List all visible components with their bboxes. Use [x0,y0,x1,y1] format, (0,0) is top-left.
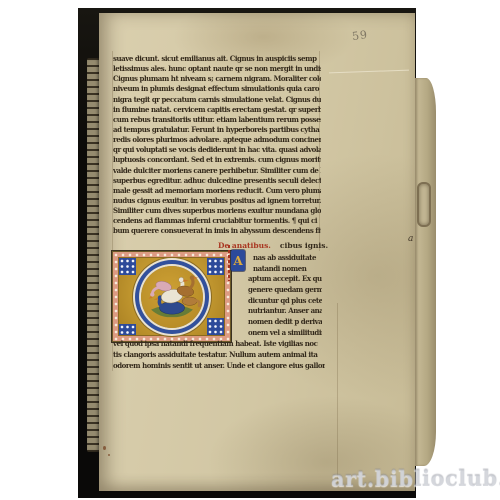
main-text-block: suave dicunt. sicut emilianus ait. Cignu… [113,54,321,238]
penwork-flourish [228,245,230,281]
folio-number: 59 [351,28,369,43]
column-text-block: nas ab assiduitate natandi nomen aptum a… [248,253,322,339]
rubric-line: De anatibus.cibus ignis. [218,241,328,250]
text-line: aptum accepit. Ex quo [248,274,322,285]
text-line: bum querere consueverat in imis in abyss… [113,226,321,236]
manuscript-photo-scan: 59 suave dicunt. sicut emilianus ait. Ci… [0,0,500,500]
corner-ornament [207,318,224,335]
text-line: valde dulciter moriens canere perhibetur… [113,166,321,176]
miniature-gold-field [118,257,225,336]
text-line: letissimus ales. hunc optant naute qr se… [113,64,321,74]
bottom-text-block: vel quod ipsa natandi frequentiam habeat… [113,339,325,371]
corner-ornament [119,324,136,335]
text-line: ad tempus gratulatur. Ferunt in hyperbor… [113,125,321,135]
quire-mark: a [408,234,413,244]
text-line: cendens ad flammas inferni cruciabitur t… [113,216,321,226]
site-watermark: art.biblioclub.ru [331,466,500,491]
text-line: tis clangoris assiduitate testatur. Null… [113,350,325,361]
text-line: natandi nomen [248,264,322,275]
photo-backdrop: 59 suave dicunt. sicut emilianus ait. Ci… [78,8,416,498]
text-line: Similiter cum dives superbus moriens exu… [113,206,321,216]
bookmark-tab [417,182,431,227]
text-line: Cignus plumam ht niveam s; carnem nigram… [113,74,321,84]
text-line: superbus egreditur. adhuc dulcedine pres… [113,176,321,186]
text-line: nomen dedit p derivati [248,317,322,328]
text-line: cum rebus transitoriis utitur. etiam lab… [113,115,321,125]
miniature-frame [112,251,231,342]
duck-medallion-illustration [141,266,203,328]
text-line: nutriantur. Anser anas [248,306,322,317]
chapter-rubric: De anatibus. [218,241,271,250]
text-line: dicuntur qd plus ceteris [248,296,322,307]
manuscript-page: 59 suave dicunt. sicut emilianus ait. Ci… [99,13,415,491]
text-line: nas ab assiduitate [248,253,322,264]
text-line: in flumine natat. cervicem capitis erect… [113,105,321,115]
scratch-mark [329,70,409,74]
text-line: vel quod ipsa natandi frequentiam habeat… [113,339,325,350]
fold-line [337,303,338,483]
chapter-end-text: cibus ignis. [280,241,328,250]
text-line: suave dicunt. sicut emilianus ait. Cignu… [113,54,321,64]
text-line: redis olores plurimos advolare. apteque … [113,135,321,145]
corner-ornament [119,258,136,275]
stain-speck [103,446,106,450]
book-fore-edge [415,78,436,466]
stain-speck [108,454,110,456]
text-line: nudus cignus exuitur. in verubus positus… [113,196,321,206]
text-line: qr qui voluptati se vocis dediderunt in … [113,145,321,155]
text-line: luptuosis concordant. Sed et in extremis… [113,155,321,165]
text-line: nigra tegit qr peccatum carnis simulatio… [113,95,321,105]
text-line: onem vel a similitudine [248,328,322,339]
corner-ornament [207,258,224,275]
illuminated-initial: A [231,250,245,271]
text-line: niveum in plumis designat effectum simul… [113,84,321,94]
text-line: odorem hominis sentit ut anser. Unde et … [113,361,325,372]
ducks-drawing [141,266,203,328]
text-line: male gessit ad memoriam moriens reducit.… [113,186,321,196]
text-line: genere quedam germane [248,285,322,296]
